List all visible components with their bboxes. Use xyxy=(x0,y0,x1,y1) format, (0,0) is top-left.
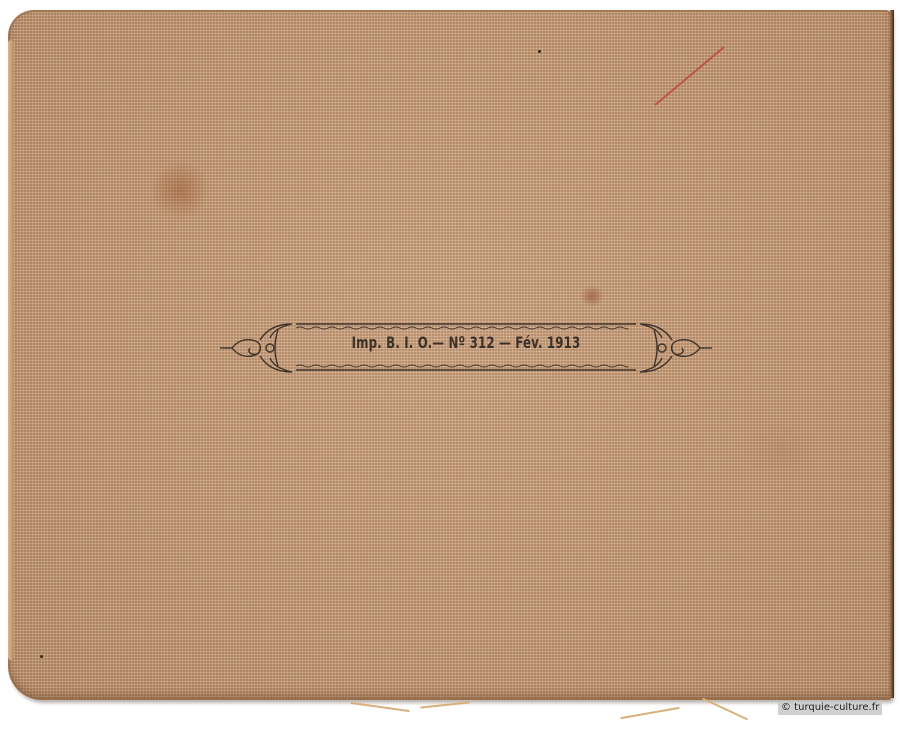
loose-thread xyxy=(420,701,470,708)
printer-label: Imp. B. I. O.— Nº 312 — Fév. 1913 xyxy=(218,320,714,374)
cover-left-edge xyxy=(8,40,14,660)
copyright-watermark: © turquie-culture.fr xyxy=(778,701,882,715)
printer-imprint-text: Imp. B. I. O.— Nº 312 — Fév. 1913 xyxy=(323,333,608,352)
loose-thread xyxy=(702,698,748,721)
cover-right-edge xyxy=(890,10,894,698)
stain xyxy=(580,285,604,307)
speck xyxy=(40,655,43,658)
stain xyxy=(150,160,210,220)
loose-thread xyxy=(350,702,410,712)
loose-thread xyxy=(620,707,679,719)
stain xyxy=(740,420,820,480)
speck xyxy=(538,50,541,53)
